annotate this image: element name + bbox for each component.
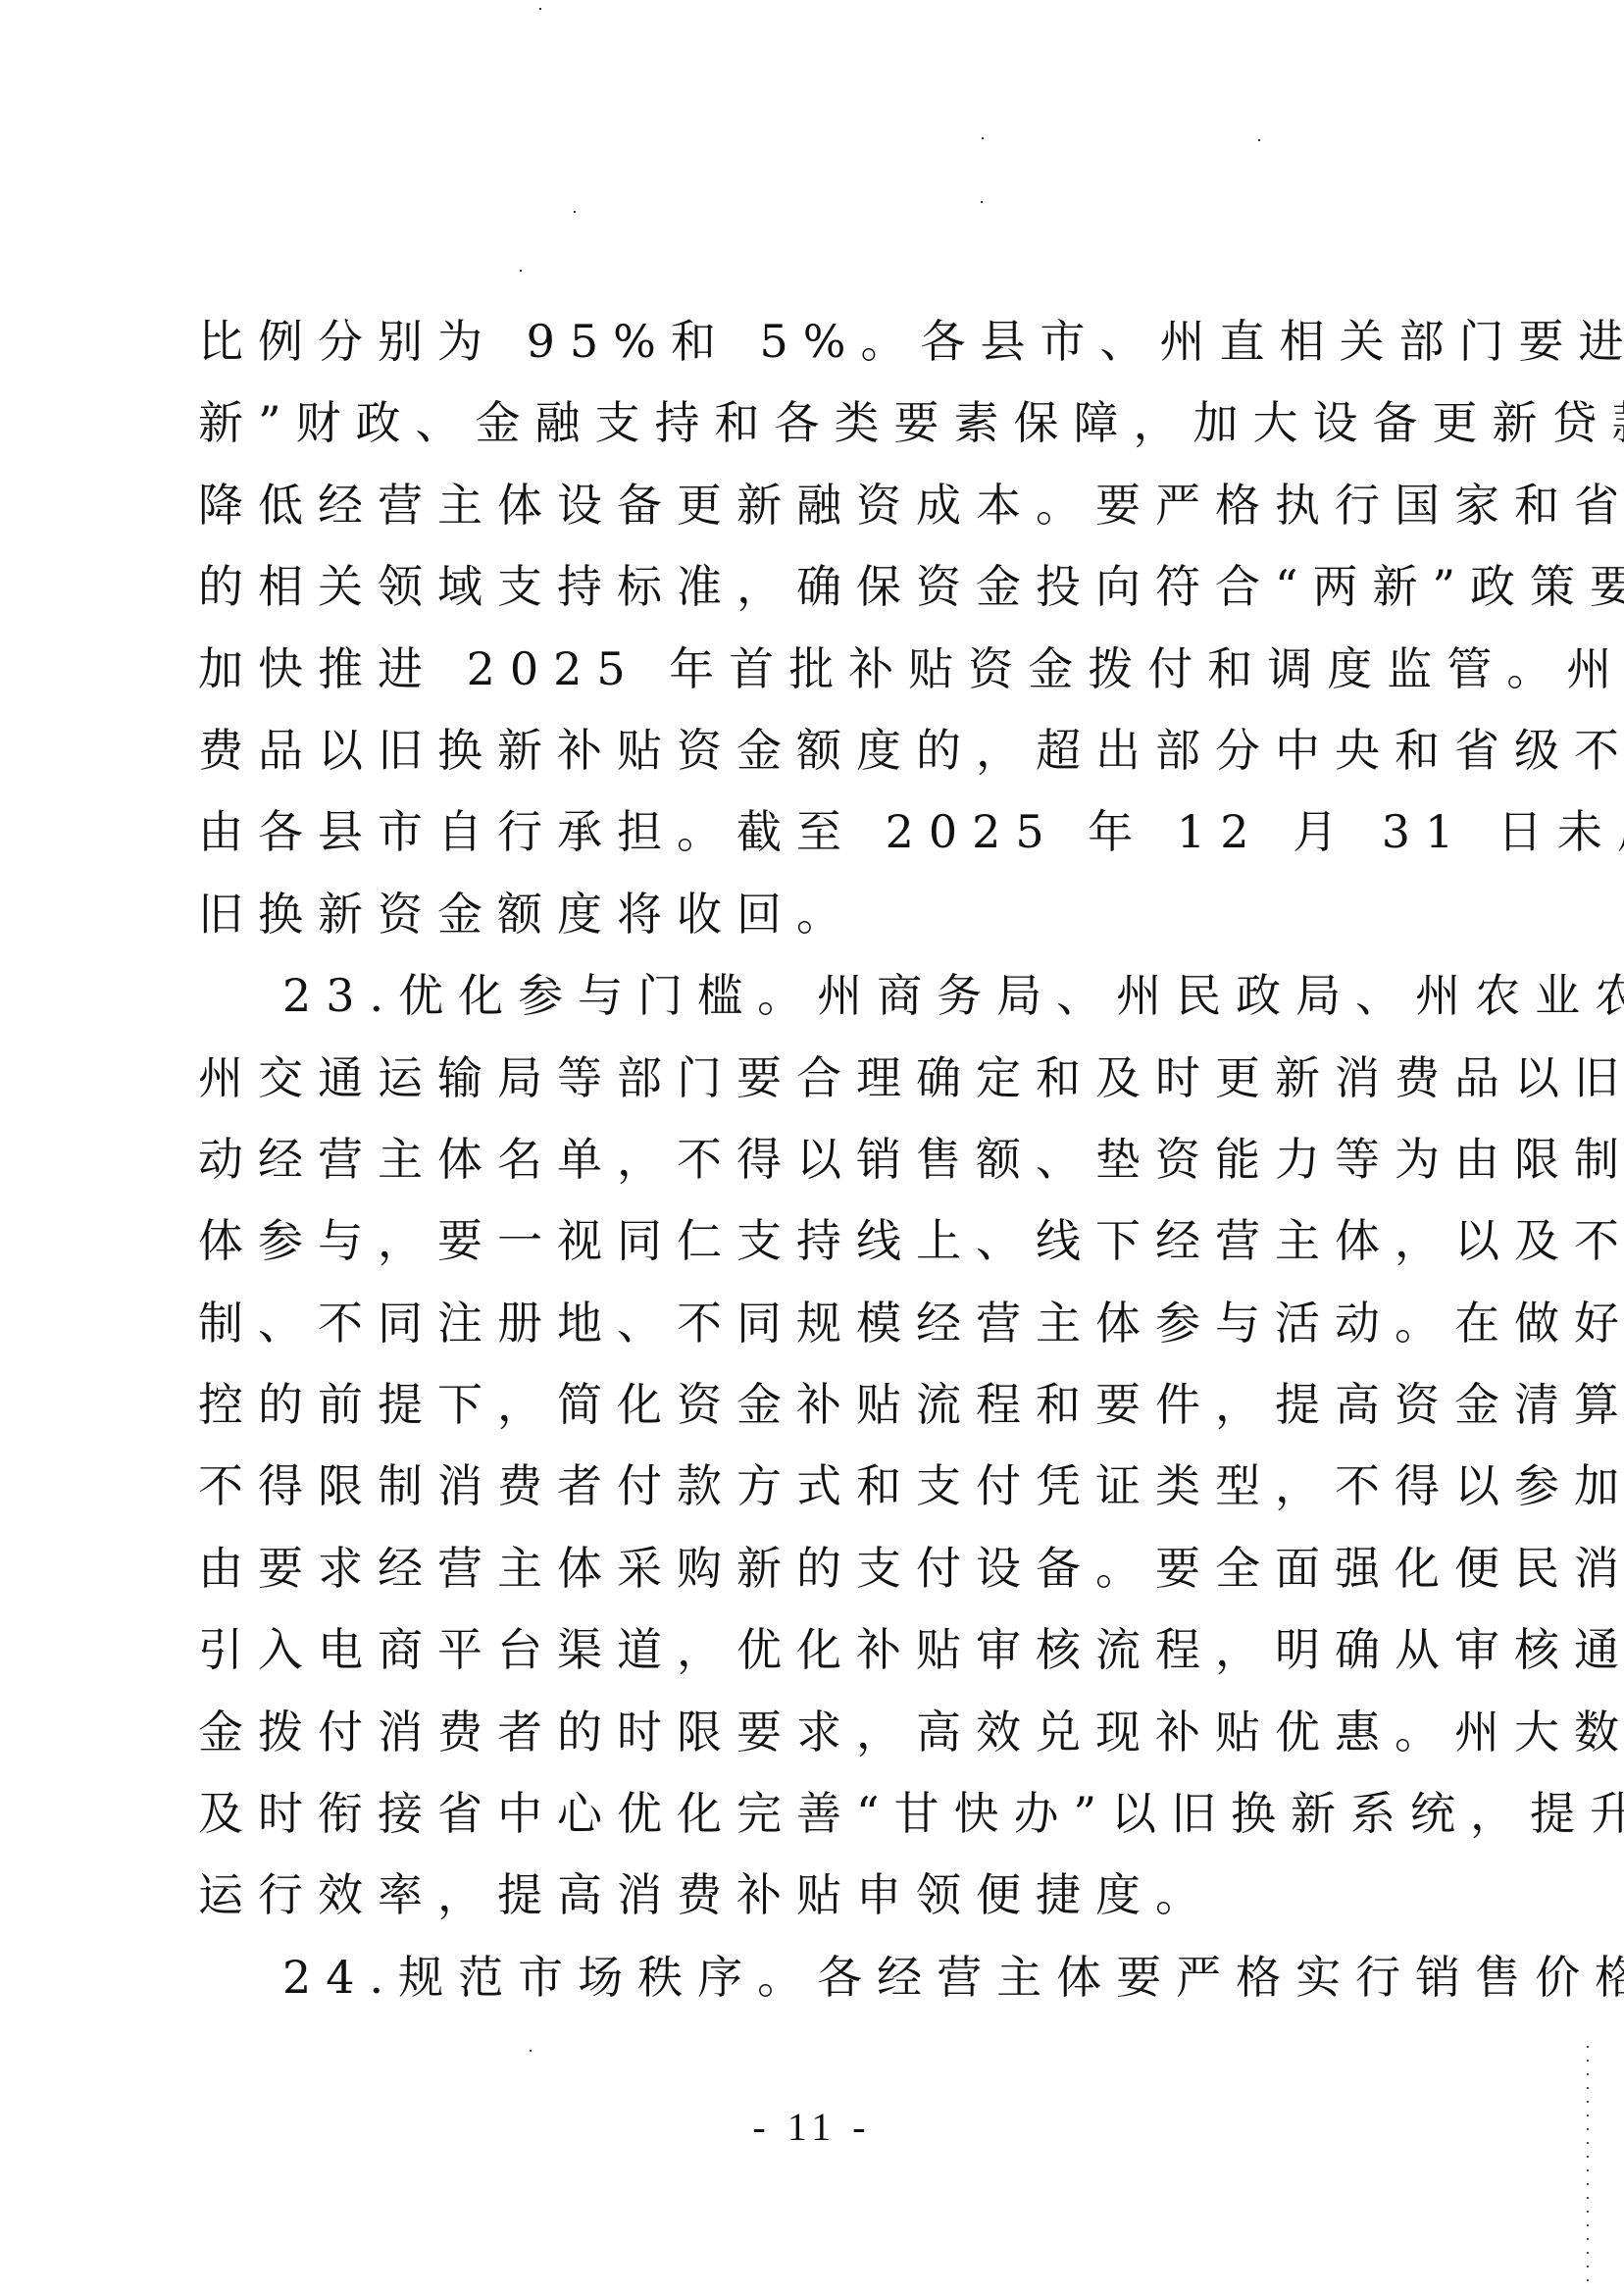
text-line: 制、不同注册地、不同规模经营主体参与活动。在做好风险防 bbox=[198, 1283, 1375, 1364]
text-line: 费品以旧换新补贴资金额度的，超出部分中央和省级不再负担， bbox=[198, 710, 1375, 791]
text-line: 比例分别为 95%和 5%。各县市、州直相关部门要进一步强化“两 bbox=[198, 301, 1375, 382]
text-line: 的相关领域支持标准，确保资金投向符合“两新”政策要求。 bbox=[198, 546, 1375, 628]
page-number: - 11 - bbox=[0, 2104, 1624, 2150]
text-line: 控的前提下，简化资金补贴流程和要件，提高资金清算效率， bbox=[198, 1364, 1375, 1446]
text-line: 由各县市自行承担。截至 2025 年 12 月 31 日未用完的消费品以 bbox=[198, 791, 1375, 873]
scan-speck bbox=[520, 270, 522, 272]
text-line: 加快推进 2025 年首批补贴资金拨付和调度监管。州县市用完消 bbox=[198, 629, 1375, 710]
text-line: 州交通运输局等部门要合理确定和及时更新消费品以旧换新活 bbox=[198, 1038, 1375, 1119]
text-line: 及时衔接省中心优化完善“甘快办”以旧换新系统，提升系统 bbox=[198, 1773, 1375, 1855]
scan-speck bbox=[1258, 139, 1260, 141]
scan-edge-artifact bbox=[1587, 2040, 1589, 2285]
paragraph-continuation: 比例分别为 95%和 5%。各县市、州直相关部门要进一步强化“两 新”财政、金融… bbox=[198, 301, 1375, 955]
text-line: 由要求经营主体采购新的支付设备。要全面强化便民消费举措， bbox=[198, 1528, 1375, 1609]
document-page: 比例分别为 95%和 5%。各县市、州直相关部门要进一步强化“两 新”财政、金融… bbox=[0, 0, 1624, 2293]
scan-speck bbox=[574, 211, 576, 213]
text-line: 运行效率，提高消费补贴申领便捷度。 bbox=[198, 1855, 1375, 1936]
text-line: 旧换新资金额度将收回。 bbox=[198, 874, 1375, 955]
paragraph-item-23: 23.优化参与门槛。州商务局、州民政局、州农业农村局、 州交通运输局等部门要合理… bbox=[198, 955, 1375, 1937]
section-heading-line: 23.优化参与门槛。州商务局、州民政局、州农业农村局、 bbox=[198, 955, 1375, 1037]
scan-speck bbox=[539, 8, 541, 10]
text-line: 体参与，要一视同仁支持线上、线下经营主体，以及不同所有 bbox=[198, 1200, 1375, 1282]
text-line: 金拨付消费者的时限要求，高效兑现补贴优惠。州大数据中心 bbox=[198, 1692, 1375, 1773]
text-line: 动经营主体名单，不得以销售额、垫资能力等为由限制经营主 bbox=[198, 1119, 1375, 1200]
text-line: 降低经营主体设备更新融资成本。要严格执行国家和省上明确 bbox=[198, 465, 1375, 546]
body-text: 比例分别为 95%和 5%。各县市、州直相关部门要进一步强化“两 新”财政、金融… bbox=[198, 301, 1375, 2018]
scan-speck bbox=[530, 2050, 532, 2052]
text-line: 新”财政、金融支持和各类要素保障，加大设备更新贷款贴息， bbox=[198, 382, 1375, 464]
section-heading-line: 24.规范市场秩序。各经营主体要严格实行销售价格公开承 bbox=[198, 1937, 1375, 2018]
paragraph-item-24: 24.规范市场秩序。各经营主体要严格实行销售价格公开承 bbox=[198, 1937, 1375, 2018]
text-line: 不得限制消费者付款方式和支付凭证类型，不得以参加活动为 bbox=[198, 1446, 1375, 1527]
scan-speck bbox=[981, 201, 983, 203]
text-line: 引入电商平台渠道，优化补贴审核流程，明确从审核通过到资 bbox=[198, 1609, 1375, 1691]
scan-speck bbox=[982, 137, 984, 139]
